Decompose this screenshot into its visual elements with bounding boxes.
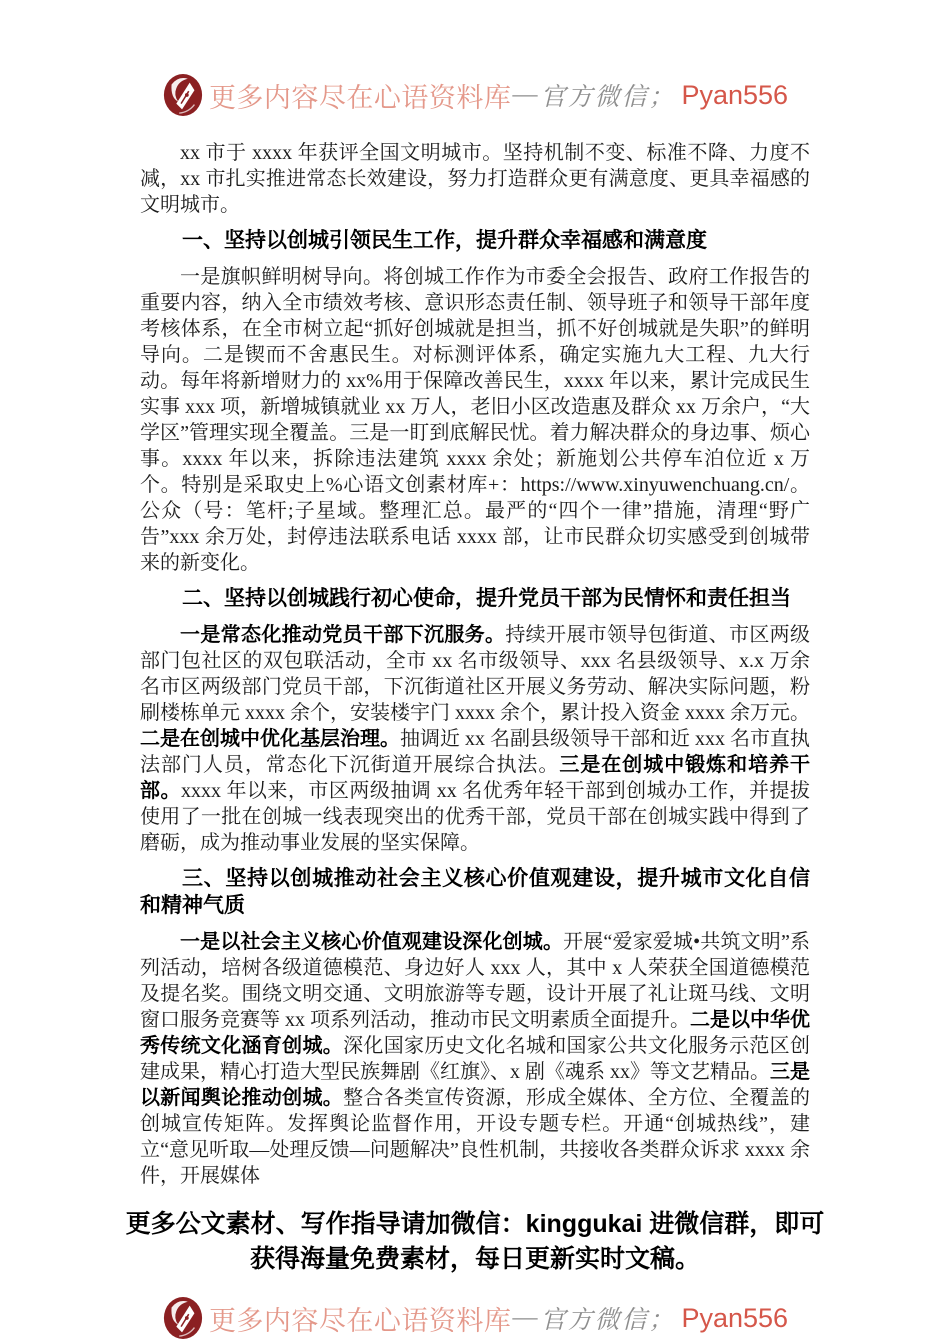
header-brand-line: 更多内容尽在心语资料库 — 官方微信； Pyan556: [0, 0, 950, 118]
document-page: 更多内容尽在心语资料库 — 官方微信； Pyan556 xx 市于 xxxx 年…: [0, 0, 950, 1344]
footer-promo-text: 更多公文素材、写作指导请加微信：kinggukai 进微信群，即可获得海量免费素…: [125, 1207, 825, 1277]
wechat-id-text: Pyan556: [681, 80, 788, 111]
official-wechat-label: 官方微信；: [540, 1300, 675, 1336]
footer-brand-line: 更多内容尽在心语资料库 — 官方微信； Pyan556: [0, 1295, 950, 1341]
section-3-heading: 三、坚持以创城推动社会主义核心价值观建设，提升城市文化自信和精神气质: [140, 865, 810, 919]
body-text-run: xx 市于 xxxx 年获评全国文明城市。坚持机制不变、标准不降、力度不减，xx…: [140, 142, 810, 216]
section-1-heading: 一、坚持以创城引领民生工作，提升群众幸福感和满意度: [140, 227, 810, 254]
section-2-paragraph: 一是常态化推动党员干部下沉服务。持续开展市领导包街道、市区两级部门包社区的双包联…: [140, 622, 810, 856]
em-dash: —: [512, 81, 539, 109]
official-wechat-label: 官方微信；: [540, 77, 675, 113]
em-dash: —: [512, 1304, 539, 1332]
document-body: xx 市于 xxxx 年获评全国文明城市。坚持机制不变、标准不降、力度不减，xx…: [140, 140, 810, 1189]
wechat-id-text: Pyan556: [681, 1303, 788, 1334]
brand-library-text: 更多内容尽在心语资料库: [209, 76, 512, 115]
pen-seal-logo-icon: [162, 1295, 204, 1341]
body-text-run: 一是旗帜鲜明树导向。将创城工作作为市委全会报告、政府工作报告的重要内容，纳入全市…: [140, 266, 810, 574]
bold-lead-run: 二是在创城中优化基层治理。: [140, 728, 400, 750]
bold-lead-run: 一是以社会主义核心价值观建设深化创城。: [180, 931, 563, 953]
section-3-paragraph: 一是以社会主义核心价值观建设深化创城。开展“爱家爱城•共筑文明”系列活动，培树各…: [140, 929, 810, 1189]
body-text-run: xxxx 年以来，市区两级抽调 xx 名优秀年轻干部到创城办工作，并提拔使用了一…: [140, 780, 810, 854]
section-2-heading: 二、坚持以创城践行初心使命，提升党员干部为民情怀和责任担当: [140, 585, 810, 612]
section-1-paragraph: 一是旗帜鲜明树导向。将创城工作作为市委全会报告、政府工作报告的重要内容，纳入全市…: [140, 264, 810, 576]
intro-paragraph: xx 市于 xxxx 年获评全国文明城市。坚持机制不变、标准不降、力度不减，xx…: [140, 140, 810, 218]
pen-seal-logo-icon: [162, 72, 204, 118]
bold-lead-run: 一是常态化推动党员干部下沉服务。: [180, 624, 505, 646]
brand-library-text: 更多内容尽在心语资料库: [209, 1299, 512, 1338]
